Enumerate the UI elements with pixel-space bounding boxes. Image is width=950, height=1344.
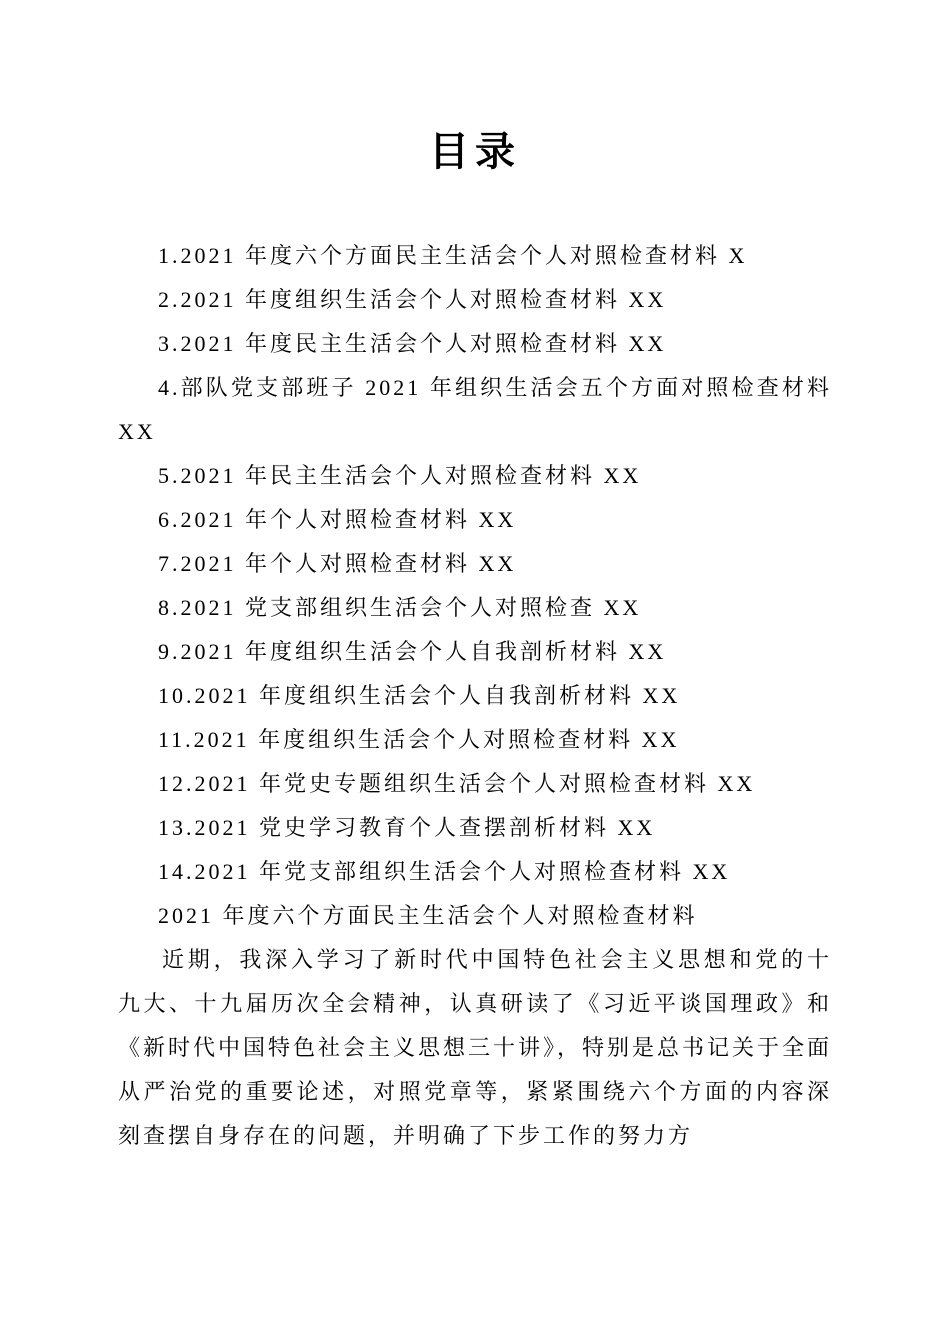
toc-list: 1.2021 年度六个方面民主生活会个人对照检查材料 X 2.2021 年度组织… xyxy=(118,234,832,894)
toc-item: 2.2021 年度组织生活会个人对照检查材料 XX xyxy=(118,278,832,322)
toc-item: 14.2021 年党支部组织生活会个人对照检查材料 XX xyxy=(118,850,832,894)
toc-item: 8.2021 党支部组织生活会个人对照检查 XX xyxy=(118,586,832,630)
toc-item: 3.2021 年度民主生活会个人对照检查材料 XX xyxy=(118,322,832,366)
toc-title: 目录 xyxy=(118,0,832,178)
first-material-section: 2021 年度六个方面民主生活会个人对照检查材料 近期，我深入学习了新时代中国特… xyxy=(118,894,832,1158)
toc-item: 4.部队党支部班子 2021 年组织生活会五个方面对照检查材料 XX xyxy=(118,366,832,454)
toc-item: 7.2021 年个人对照检查材料 XX xyxy=(118,542,832,586)
toc-item: 10.2021 年度组织生活会个人自我剖析材料 XX xyxy=(118,674,832,718)
toc-item: 9.2021 年度组织生活会个人自我剖析材料 XX xyxy=(118,630,832,674)
toc-item: 11.2021 年度组织生活会个人对照检查材料 XX xyxy=(118,718,832,762)
toc-item: 13.2021 党史学习教育个人查摆剖析材料 XX xyxy=(118,806,832,850)
document-page: 目录 1.2021 年度六个方面民主生活会个人对照检查材料 X 2.2021 年… xyxy=(0,0,950,1344)
toc-item: 5.2021 年民主生活会个人对照检查材料 XX xyxy=(118,454,832,498)
page-content: 目录 1.2021 年度六个方面民主生活会个人对照检查材料 X 2.2021 年… xyxy=(118,0,832,1158)
section-heading: 2021 年度六个方面民主生活会个人对照检查材料 xyxy=(118,894,832,938)
body-paragraph: 近期，我深入学习了新时代中国特色社会主义思想和党的十九大、十九届历次全会精神，认… xyxy=(118,938,832,1158)
toc-item: 12.2021 年党史专题组织生活会个人对照检查材料 XX xyxy=(118,762,832,806)
toc-item: 1.2021 年度六个方面民主生活会个人对照检查材料 X xyxy=(118,234,832,278)
toc-item: 6.2021 年个人对照检查材料 XX xyxy=(118,498,832,542)
